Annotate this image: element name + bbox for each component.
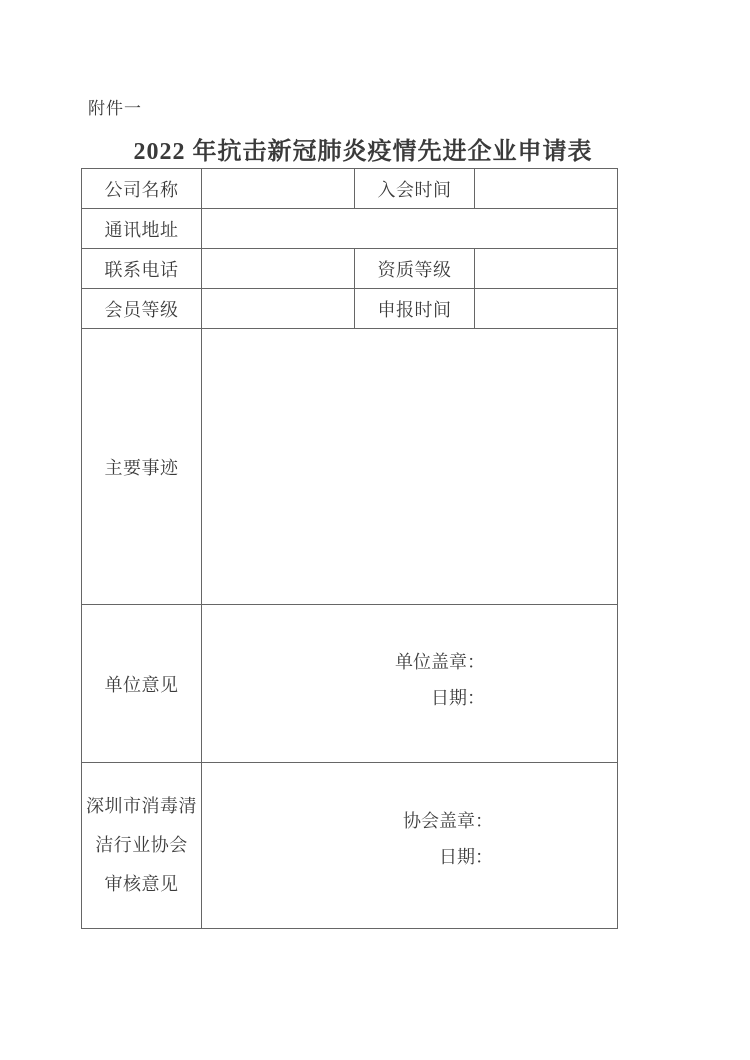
unit-date-label: 日期： <box>431 680 485 716</box>
achievements-field[interactable] <box>202 329 618 605</box>
address-field[interactable] <box>202 209 618 249</box>
association-review-line: 审核意见 <box>82 865 201 904</box>
table-row: 会员等级 申报时间 <box>82 289 618 329</box>
phone-label: 联系电话 <box>82 249 202 289</box>
unit-opinion-field[interactable]: 单位盖章： 日期： <box>202 605 618 763</box>
table-row: 公司名称 入会时间 <box>82 169 618 209</box>
document-page: 附件一 2022 年抗击新冠肺炎疫情先进企业申请表 公司名称 入会时间 通讯地址… <box>0 0 750 1060</box>
phone-field[interactable] <box>202 249 355 289</box>
member-level-field[interactable] <box>202 289 355 329</box>
application-form-table: 公司名称 入会时间 通讯地址 联系电话 资质等级 会员等级 申报时间 <box>81 168 618 929</box>
declare-time-field[interactable] <box>475 289 618 329</box>
qualification-field[interactable] <box>475 249 618 289</box>
association-review-line: 深圳市消毒清 <box>82 787 201 826</box>
table-row: 主要事迹 <box>82 329 618 605</box>
attachment-label: 附件一 <box>88 94 142 119</box>
address-label: 通讯地址 <box>82 209 202 249</box>
company-name-field[interactable] <box>202 169 355 209</box>
declare-time-label: 申报时间 <box>355 289 475 329</box>
unit-seal-block: 单位盖章： 日期： <box>202 644 617 724</box>
association-review-line: 洁行业协会 <box>82 826 201 865</box>
unit-opinion-label: 单位意见 <box>82 605 202 763</box>
association-date-label: 日期： <box>439 839 493 875</box>
table-row: 单位意见 单位盖章： 日期： <box>82 605 618 763</box>
join-time-field[interactable] <box>475 169 618 209</box>
qualification-label: 资质等级 <box>355 249 475 289</box>
member-level-label: 会员等级 <box>82 289 202 329</box>
page-title: 2022 年抗击新冠肺炎疫情先进企业申请表 <box>0 131 726 166</box>
join-time-label: 入会时间 <box>355 169 475 209</box>
table-row: 深圳市消毒清 洁行业协会 审核意见 协会盖章： 日期： <box>82 763 618 929</box>
association-seal-block: 协会盖章： 日期： <box>202 803 617 889</box>
table-row: 联系电话 资质等级 <box>82 249 618 289</box>
association-review-field[interactable]: 协会盖章： 日期： <box>202 763 618 929</box>
achievements-label: 主要事迹 <box>82 329 202 605</box>
unit-seal-label: 单位盖章： <box>395 644 485 680</box>
company-name-label: 公司名称 <box>82 169 202 209</box>
association-seal-label: 协会盖章： <box>403 803 493 839</box>
table-row: 通讯地址 <box>82 209 618 249</box>
association-review-label: 深圳市消毒清 洁行业协会 审核意见 <box>82 763 202 929</box>
